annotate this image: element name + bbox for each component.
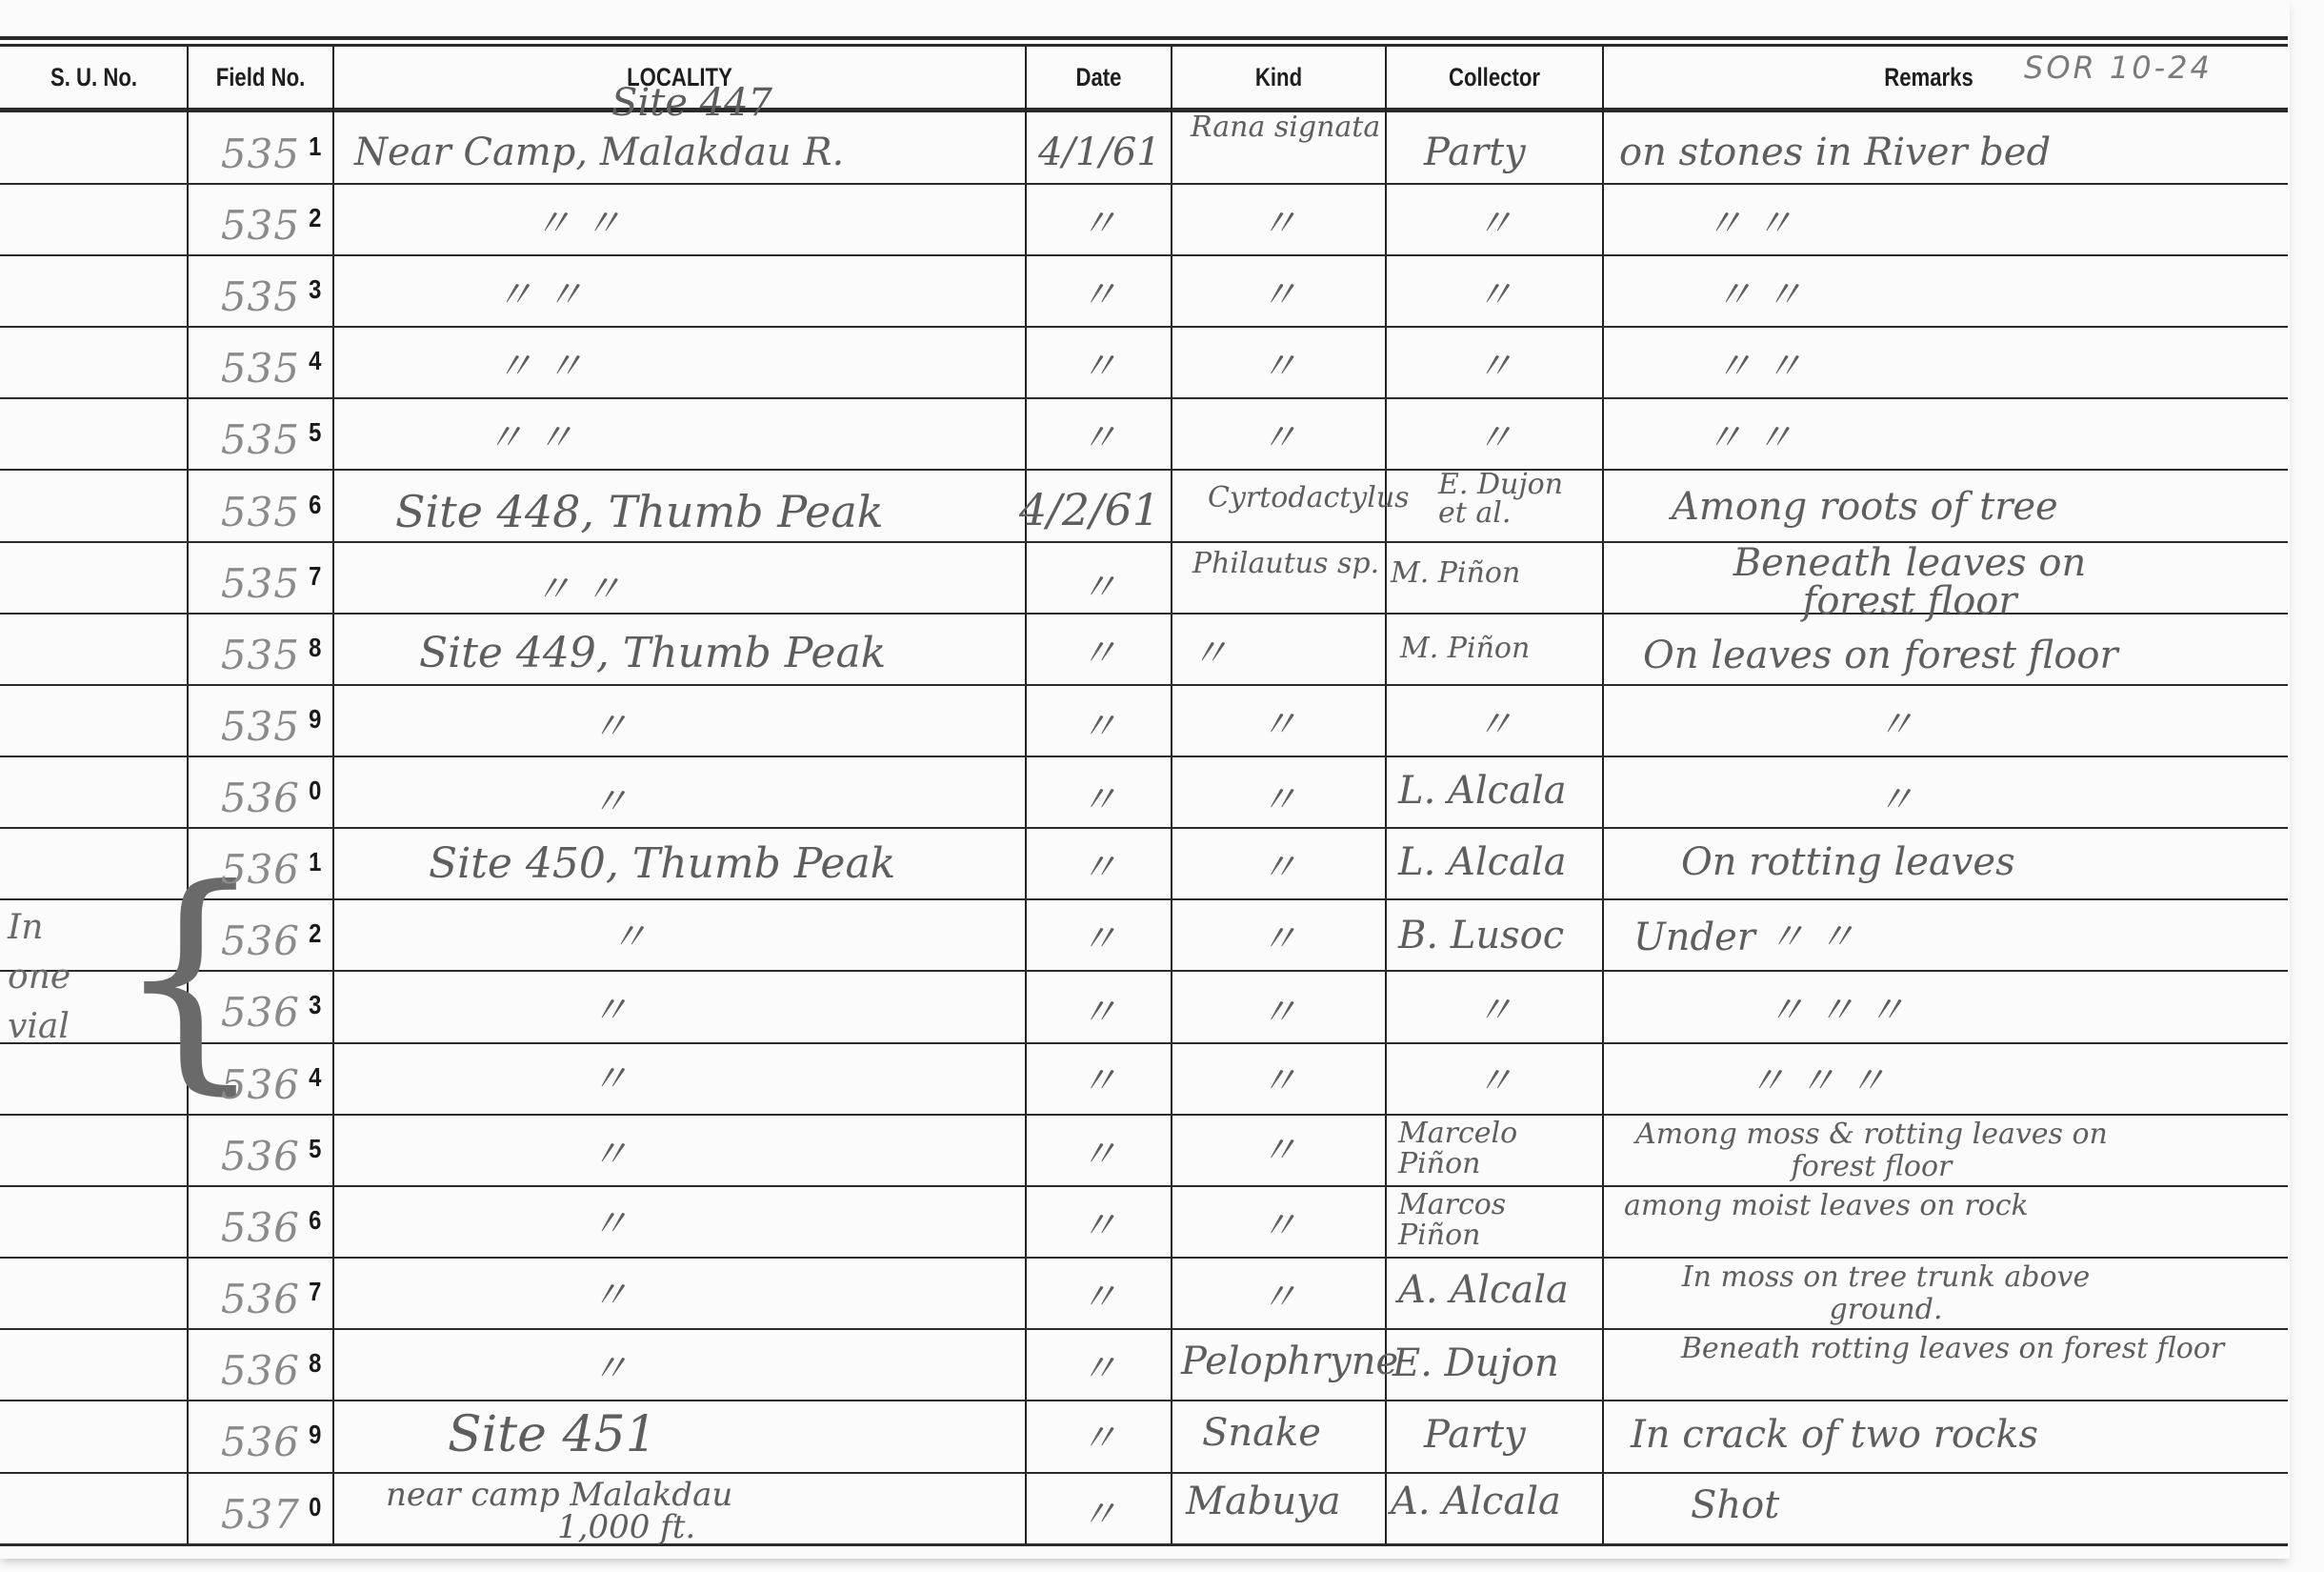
field-no-digit: 5 bbox=[310, 417, 322, 448]
date-cell: 〃 bbox=[1026, 1401, 1172, 1471]
field-no-prefix: 536 bbox=[221, 1419, 300, 1465]
field-no-digit: 7 bbox=[310, 561, 322, 592]
table-row: 535 4 〃 〃 〃 〃 〃 〃 〃 bbox=[0, 327, 2288, 397]
remarks-cell: Under 〃 〃 bbox=[1633, 899, 2205, 970]
remarks-cell: 〃 〃 〃 bbox=[1767, 971, 2148, 1041]
date-cell: 〃 bbox=[1026, 614, 1172, 684]
kind-cell: 〃 bbox=[1172, 899, 1386, 970]
locality-cell: 〃 bbox=[610, 899, 667, 970]
date-cell: 〃 bbox=[1026, 327, 1172, 397]
locality-cell: Site 447 Near Camp, Malakdau R. bbox=[354, 112, 1021, 183]
kind-cell: Rana signata bbox=[1181, 112, 1386, 183]
table-bottom-rule bbox=[0, 1543, 2288, 1546]
locality-cell: 〃 bbox=[591, 756, 648, 827]
collector-cell: 〃 bbox=[1386, 255, 1603, 326]
field-no-prefix: 537 bbox=[221, 1491, 300, 1538]
date-text: 〃 bbox=[1080, 1059, 1118, 1103]
field-no-digit: 2 bbox=[310, 918, 322, 949]
collector-text: E. Dujon bbox=[1392, 1344, 1559, 1382]
field-no-prefix: 536 bbox=[221, 1347, 300, 1394]
remarks-cell: 〃 bbox=[1876, 685, 1972, 756]
locality-cell: 〃 bbox=[591, 1329, 648, 1400]
date-cell: 4/1/61 bbox=[1038, 112, 1172, 183]
kind-cell: Snake bbox=[1202, 1401, 1383, 1471]
remarks-text: 〃 〃 〃 bbox=[1748, 1062, 1886, 1100]
collector-cell: 〃 bbox=[1386, 327, 1603, 397]
remarks-text: In moss on tree trunk above ground. bbox=[1648, 1261, 2124, 1326]
collector-text: Marcelo Piñon bbox=[1398, 1119, 1532, 1179]
date-text: 〃 bbox=[1080, 991, 1118, 1035]
kind-cell: 〃 bbox=[1172, 1115, 1386, 1185]
remarks-cell: On leaves on forest floor bbox=[1643, 614, 2291, 684]
field-no-cell: 535 1 bbox=[188, 112, 332, 183]
table-row: 535 7 〃 〃 〃 Philautus sp. M. Piñon Benea… bbox=[0, 542, 2288, 613]
remarks-cell: 〃 〃 bbox=[1705, 184, 2276, 254]
field-no-prefix: 536 bbox=[221, 1133, 300, 1179]
kind-text: 〃 bbox=[1260, 1276, 1298, 1320]
field-no-prefix: 535 bbox=[221, 345, 300, 392]
collector-text: 〃 bbox=[1475, 202, 1513, 246]
table-row: 536 5 〃 〃 〃 Marcelo Piñon Among moss & r… bbox=[0, 1115, 2288, 1185]
table-row: 536 6 〃 〃 〃 Marcos Piñon among moist lea… bbox=[0, 1186, 2288, 1257]
kind-text: 〃 bbox=[1260, 846, 1298, 890]
field-no-prefix: 536 bbox=[221, 775, 300, 821]
date-text: 〃 bbox=[1080, 778, 1118, 822]
locality-cell: 〃 〃 bbox=[533, 542, 1010, 613]
kind-cell: 〃 bbox=[1172, 1186, 1386, 1257]
remarks-cell: Shot bbox=[1691, 1473, 1976, 1543]
remarks-text: On rotting leaves bbox=[1681, 843, 2015, 881]
locality-cell: 〃 bbox=[591, 1258, 648, 1328]
field-no-cell: 535 8 bbox=[188, 614, 332, 684]
remarks-text: 〃 〃 bbox=[1705, 205, 1793, 243]
locality-text: 〃 bbox=[591, 1060, 629, 1098]
locality-text: 〃 〃 bbox=[486, 419, 574, 457]
collector-cell: 〃 bbox=[1386, 685, 1603, 756]
remarks-cell: 〃 〃 bbox=[1714, 327, 2286, 397]
collector-text: M. Piñon bbox=[1391, 559, 1520, 588]
date-cell: 〃 bbox=[1026, 255, 1172, 326]
field-no-digit: 9 bbox=[310, 1420, 322, 1450]
field-no-cell: 536 4 bbox=[188, 1043, 332, 1114]
kind-text: 〃 bbox=[1260, 1204, 1298, 1248]
remarks-cell: 〃 〃 〃 bbox=[1748, 1043, 2129, 1114]
remarks-cell: among moist leaves on rock bbox=[1624, 1186, 2157, 1257]
field-no-digit: 3 bbox=[310, 990, 322, 1020]
collector-cell: 〃 bbox=[1386, 971, 1603, 1041]
field-no-prefix: 535 bbox=[221, 632, 300, 678]
kind-text: 〃 bbox=[1260, 1059, 1298, 1103]
date-text: 〃 bbox=[1080, 1493, 1118, 1537]
collector-text: L. Alcala bbox=[1398, 843, 1567, 881]
remarks-cell: Among roots of tree bbox=[1672, 471, 2281, 541]
locality-text: 〃 〃 bbox=[495, 276, 584, 314]
collector-text: A. Alcala bbox=[1398, 1271, 1569, 1309]
collector-text: 〃 bbox=[1475, 1059, 1513, 1103]
remarks-text: Among roots of tree bbox=[1672, 488, 2058, 526]
locality-cell: 〃 〃 bbox=[533, 184, 1010, 254]
locality-cell: Site 448, Thumb Peak bbox=[395, 471, 1005, 541]
remarks-cell: In crack of two rocks bbox=[1631, 1401, 2278, 1471]
collector-text: 〃 bbox=[1475, 345, 1513, 389]
collector-cell: 〃 bbox=[1386, 1043, 1603, 1114]
remarks-text: 〃 〃 〃 bbox=[1767, 992, 1905, 1030]
locality-note: Site 447 bbox=[611, 84, 772, 122]
remarks-annotation: SOR 10-24 bbox=[2024, 50, 2213, 86]
field-no-cell: 535 6 bbox=[188, 471, 332, 541]
field-no-prefix: 536 bbox=[221, 989, 300, 1036]
locality-text: Site 450, Thumb Peak bbox=[429, 843, 895, 885]
date-text: 〃 bbox=[1080, 1347, 1118, 1391]
table-row: 536 8 〃 〃 Pelophryne E. Dujon Beneath ro… bbox=[0, 1329, 2288, 1400]
date-text: 〃 bbox=[1080, 917, 1118, 961]
remarks-text: 〃 〃 bbox=[1714, 276, 1803, 314]
kind-text: 〃 bbox=[1260, 1129, 1298, 1173]
date-cell: 〃 bbox=[1026, 971, 1172, 1041]
collector-cell: Party bbox=[1424, 1401, 1603, 1471]
remarks-text: 〃 bbox=[1876, 706, 1914, 744]
date-cell: 〃 bbox=[1026, 184, 1172, 254]
remarks-text: 〃 〃 bbox=[1705, 419, 1793, 457]
locality-text: Site 448, Thumb Peak bbox=[395, 490, 884, 534]
date-cell: 〃 bbox=[1026, 828, 1172, 898]
collector-text: 〃 bbox=[1475, 273, 1513, 317]
date-cell: 〃 bbox=[1026, 899, 1172, 970]
field-no-digit: 9 bbox=[310, 704, 322, 735]
field-no-cell: 535 3 bbox=[188, 255, 332, 326]
kind-text: 〃 bbox=[1260, 703, 1298, 747]
remarks-cell: On rotting leaves bbox=[1681, 828, 2253, 898]
table-row: 536 2 〃 〃 〃 B. Lusoc Under 〃 〃 bbox=[0, 899, 2288, 970]
collector-cell: E. Dujon et al. bbox=[1429, 471, 1610, 541]
kind-text: Rana signata bbox=[1191, 112, 1381, 143]
table-row: 536 7 〃 〃 〃 A. Alcala In moss on tree tr… bbox=[0, 1258, 2288, 1328]
locality-text: 〃 bbox=[591, 708, 629, 746]
date-text: 〃 bbox=[1080, 1276, 1118, 1320]
locality-cell: 〃 bbox=[591, 1115, 648, 1185]
kind-cell: Mabuya bbox=[1186, 1473, 1386, 1543]
kind-text: 〃 bbox=[1191, 635, 1229, 673]
field-no-digit: 6 bbox=[310, 490, 322, 520]
kind-cell: 〃 bbox=[1172, 184, 1386, 254]
locality-cell: near camp Malakdau 1,000 ft. bbox=[386, 1473, 1014, 1543]
locality-cell: 〃 〃 bbox=[486, 398, 981, 469]
kind-text: 〃 bbox=[1260, 778, 1298, 822]
date-text: 〃 bbox=[1080, 202, 1118, 246]
date-cell: 〃 bbox=[1026, 1186, 1172, 1257]
header-date: Date bbox=[1039, 47, 1158, 108]
field-no-prefix: 535 bbox=[221, 131, 300, 177]
collector-text: 〃 bbox=[1475, 416, 1513, 460]
kind-text: Snake bbox=[1202, 1414, 1321, 1452]
date-text: 〃 bbox=[1080, 705, 1118, 749]
table-row: 536 1 Site 450, Thumb Peak 〃 〃 L. Alcala… bbox=[0, 828, 2288, 898]
table-row: 536 4 〃 〃 〃 〃 〃 〃 〃 bbox=[0, 1043, 2288, 1114]
kind-cell: 〃 bbox=[1172, 398, 1386, 469]
kind-text: Philautus sp. bbox=[1191, 548, 1381, 580]
remarks-text: On leaves on forest floor bbox=[1643, 636, 2118, 675]
kind-cell: 〃 bbox=[1172, 756, 1386, 827]
locality-text: 〃 bbox=[610, 918, 648, 957]
remarks-text: 〃 〃 bbox=[1714, 348, 1803, 386]
date-cell: 〃 bbox=[1026, 1043, 1172, 1114]
field-no-cell: 536 7 bbox=[188, 1258, 332, 1328]
collector-text: 〃 bbox=[1475, 989, 1513, 1033]
locality-cell: Site 450, Thumb Peak bbox=[429, 828, 1019, 898]
field-no-prefix: 535 bbox=[221, 273, 300, 320]
table-row: 535 6 Site 448, Thumb Peak 4/2/61 Cyrtod… bbox=[0, 471, 2288, 541]
kind-cell: 〃 bbox=[1172, 327, 1386, 397]
locality-cell: Site 451 bbox=[448, 1401, 1019, 1471]
remarks-cell: 〃 bbox=[1876, 756, 1972, 827]
collector-cell: L. Alcala bbox=[1398, 828, 1603, 898]
field-no-cell: 535 7 bbox=[188, 542, 332, 613]
table-row: 537 0 near camp Malakdau 1,000 ft. 〃 Mab… bbox=[0, 1473, 2288, 1543]
field-no-digit: 0 bbox=[310, 1492, 322, 1522]
remarks-text: Among moss & rotting leaves on forest fl… bbox=[1624, 1119, 2119, 1183]
header-collector: Collector bbox=[1406, 47, 1584, 108]
locality-text: 〃 〃 bbox=[533, 571, 622, 609]
locality-text: 〃 bbox=[591, 1136, 629, 1174]
date-text: 〃 bbox=[1080, 846, 1118, 890]
collector-cell: L. Alcala bbox=[1398, 756, 1603, 827]
kind-cell: 〃 bbox=[1172, 255, 1386, 326]
table-row: 535 2 〃 〃 〃 〃 〃 〃 〃 bbox=[0, 184, 2288, 254]
collector-text: B. Lusoc bbox=[1398, 917, 1564, 955]
table-row: 536 9 Site 451 〃 Snake Party In crack of… bbox=[0, 1401, 2288, 1471]
field-no-cell: 536 2 bbox=[188, 899, 332, 970]
remarks-text: Beneath rotting leaves on forest floor bbox=[1638, 1333, 2267, 1365]
table-row: 536 3 〃 〃 〃 〃 〃 〃 〃 bbox=[0, 971, 2288, 1041]
field-no-prefix: 536 bbox=[221, 1276, 300, 1322]
kind-cell: 〃 bbox=[1172, 971, 1386, 1041]
field-no-digit: 6 bbox=[310, 1205, 322, 1236]
collector-text: Party bbox=[1424, 1416, 1526, 1454]
remarks-text: among moist leaves on rock bbox=[1624, 1190, 2119, 1222]
collector-cell: A. Alcala bbox=[1391, 1473, 1603, 1543]
field-no-prefix: 536 bbox=[221, 1204, 300, 1251]
field-no-cell: 536 8 bbox=[188, 1329, 332, 1400]
field-no-cell: 536 6 bbox=[188, 1186, 332, 1257]
locality-cell: 〃 〃 bbox=[495, 255, 991, 326]
kind-cell: Cyrtodactylus bbox=[1208, 471, 1398, 541]
remarks-cell: Among moss & rotting leaves on forest fl… bbox=[1624, 1115, 2157, 1185]
field-no-digit: 8 bbox=[310, 1348, 322, 1379]
date-text: 4/2/61 bbox=[1019, 488, 1160, 532]
date-text: 〃 bbox=[1080, 566, 1118, 610]
locality-text: near camp Malakdau bbox=[386, 1479, 732, 1511]
field-no-prefix: 536 bbox=[221, 917, 300, 964]
collector-cell: M. Piñon bbox=[1400, 614, 1605, 684]
header-field-no: Field No. bbox=[201, 47, 320, 108]
collector-text: M. Piñon bbox=[1400, 635, 1530, 663]
locality-text: 〃 bbox=[591, 1205, 629, 1243]
date-text: 〃 bbox=[1080, 273, 1118, 317]
kind-text: 〃 bbox=[1260, 273, 1298, 317]
header-remarks: Remarks bbox=[1832, 47, 2027, 108]
date-cell: 〃 bbox=[1026, 398, 1172, 469]
date-text: 〃 bbox=[1080, 632, 1118, 675]
table-row: 535 5 〃 〃 〃 〃 〃 〃 〃 bbox=[0, 398, 2288, 469]
locality-text: Site 451 bbox=[448, 1410, 657, 1460]
collector-cell: A. Alcala bbox=[1398, 1258, 1603, 1328]
locality-cell: 〃 〃 bbox=[495, 327, 991, 397]
date-text: 〃 bbox=[1080, 345, 1118, 389]
field-no-digit: 1 bbox=[310, 847, 322, 877]
field-no-digit: 8 bbox=[310, 633, 322, 663]
field-no-cell: 536 3 bbox=[188, 971, 332, 1041]
remarks-text: on stones in River bed bbox=[1619, 133, 2051, 171]
locality-cell: 〃 bbox=[591, 1043, 648, 1114]
remarks-text: Shot bbox=[1691, 1486, 1779, 1524]
field-no-cell: 536 0 bbox=[188, 756, 332, 827]
kind-text: 〃 bbox=[1260, 991, 1298, 1035]
field-no-cell: 535 9 bbox=[188, 685, 332, 756]
date-cell: 〃 bbox=[1026, 1258, 1172, 1328]
collector-cell: Party bbox=[1424, 112, 1603, 183]
remarks-text: Beneath leaves on forest floor bbox=[1681, 544, 2138, 620]
remarks-cell: 〃 〃 bbox=[1714, 255, 2286, 326]
field-no-digit: 2 bbox=[310, 203, 322, 233]
collector-text: Marcos Piñon bbox=[1398, 1190, 1532, 1251]
locality-text: Site 449, Thumb Peak bbox=[419, 633, 886, 675]
date-cell: 〃 bbox=[1026, 542, 1172, 613]
collector-text: E. Dujon et al. bbox=[1438, 471, 1572, 528]
collector-text: Party bbox=[1424, 133, 1526, 171]
kind-cell: Pelophryne bbox=[1181, 1329, 1386, 1400]
field-no-cell: 537 0 bbox=[188, 1473, 332, 1543]
field-no-digit: 7 bbox=[310, 1277, 322, 1307]
remarks-cell: Beneath rotting leaves on forest floor bbox=[1638, 1329, 2267, 1400]
table-row: 535 9 〃 〃 〃 〃 〃 bbox=[0, 685, 2288, 756]
locality-text: 〃 bbox=[591, 992, 629, 1030]
date-text: 4/1/61 bbox=[1038, 133, 1161, 171]
table-row: 535 3 〃 〃 〃 〃 〃 〃 〃 bbox=[0, 255, 2288, 326]
ledger-page: S. U. No. Field No. LOCALITY Date Kind C… bbox=[0, 0, 2290, 1559]
date-cell: 〃 bbox=[1026, 756, 1172, 827]
field-no-cell: 535 4 bbox=[188, 327, 332, 397]
locality-cell: 〃 bbox=[591, 685, 648, 756]
field-no-prefix: 535 bbox=[221, 202, 300, 249]
kind-text: Cyrtodactylus bbox=[1208, 484, 1410, 513]
collector-cell: B. Lusoc bbox=[1398, 899, 1603, 970]
field-no-digit: 4 bbox=[310, 346, 322, 376]
locality-text: Near Camp, Malakdau R. bbox=[354, 133, 844, 171]
date-cell: 〃 bbox=[1026, 685, 1172, 756]
field-no-prefix: 536 bbox=[221, 846, 300, 893]
locality-text: 〃 bbox=[591, 783, 629, 821]
header-kind: Kind bbox=[1191, 47, 1367, 108]
field-no-prefix: 535 bbox=[221, 489, 300, 535]
field-no-digit: 3 bbox=[310, 274, 322, 305]
remarks-text: Under 〃 〃 bbox=[1633, 918, 1855, 957]
collector-text: A. Alcala bbox=[1391, 1482, 1561, 1521]
kind-cell: 〃 bbox=[1172, 1258, 1386, 1328]
date-cell: 〃 bbox=[1026, 1473, 1172, 1543]
locality-text: 〃 〃 bbox=[495, 348, 584, 386]
kind-cell: 〃 bbox=[1172, 828, 1386, 898]
kind-cell: 〃 bbox=[1172, 685, 1386, 756]
locality-text: 〃 bbox=[591, 1277, 629, 1315]
kind-text: 〃 bbox=[1260, 416, 1298, 460]
collector-cell: E. Dujon bbox=[1392, 1329, 1602, 1400]
remarks-text: In crack of two rocks bbox=[1631, 1416, 2038, 1454]
field-no-prefix: 535 bbox=[221, 416, 300, 463]
remarks-cell: In moss on tree trunk above ground. bbox=[1648, 1258, 2181, 1328]
field-no-digit: 1 bbox=[310, 131, 322, 162]
date-text: 〃 bbox=[1080, 1133, 1118, 1177]
remarks-cell: 〃 〃 bbox=[1705, 398, 2276, 469]
collector-text: L. Alcala bbox=[1398, 772, 1567, 810]
remarks-text: 〃 bbox=[1876, 781, 1914, 819]
table-row: 535 1 Site 447 Near Camp, Malakdau R. 4/… bbox=[0, 112, 2288, 183]
field-no-cell: 536 9 bbox=[188, 1401, 332, 1471]
collector-cell: Marcos Piñon bbox=[1398, 1186, 1603, 1257]
collector-cell: Marcelo Piñon bbox=[1398, 1115, 1603, 1185]
header-su-no: S. U. No. bbox=[17, 47, 171, 108]
field-no-cell: 536 1 bbox=[188, 828, 332, 898]
kind-text: Mabuya bbox=[1186, 1482, 1341, 1521]
table-row: 536 0 〃 〃 〃 L. Alcala 〃 bbox=[0, 756, 2288, 827]
date-cell: 〃 bbox=[1026, 1115, 1172, 1185]
field-no-cell: 535 2 bbox=[188, 184, 332, 254]
collector-cell: 〃 bbox=[1386, 398, 1603, 469]
kind-cell: 〃 bbox=[1172, 1043, 1386, 1114]
kind-cell: Philautus sp. bbox=[1191, 542, 1386, 613]
locality-cell: Site 449, Thumb Peak bbox=[419, 614, 1010, 684]
date-text: 〃 bbox=[1080, 416, 1118, 460]
locality-cell: 〃 bbox=[591, 971, 648, 1041]
field-no-cell: 535 5 bbox=[188, 398, 332, 469]
kind-text: 〃 bbox=[1260, 345, 1298, 389]
locality-text: 〃 bbox=[591, 1350, 629, 1388]
remarks-cell: on stones in River bed bbox=[1619, 112, 2286, 183]
remarks-cell: Beneath leaves on forest floor bbox=[1681, 542, 2138, 613]
date-cell: 〃 bbox=[1026, 1329, 1172, 1400]
kind-text: Pelophryne bbox=[1181, 1342, 1398, 1381]
field-no-digit: 0 bbox=[310, 776, 322, 806]
kind-text: 〃 bbox=[1260, 917, 1298, 961]
locality-text: 〃 〃 bbox=[533, 205, 622, 243]
date-text: 〃 bbox=[1080, 1204, 1118, 1248]
locality-cell: 〃 bbox=[591, 1186, 648, 1257]
field-no-digit: 5 bbox=[310, 1134, 322, 1164]
locality-elevation-text: 1,000 ft. bbox=[557, 1511, 695, 1543]
top-double-rule-upper bbox=[0, 36, 2288, 40]
collector-cell: 〃 bbox=[1386, 184, 1603, 254]
date-cell: 4/2/61 bbox=[1019, 471, 1172, 541]
kind-cell: 〃 bbox=[1191, 614, 1386, 684]
collector-text: 〃 bbox=[1475, 703, 1513, 747]
table-row: 535 8 Site 449, Thumb Peak 〃 〃 M. Piñon … bbox=[0, 614, 2288, 684]
field-no-prefix: 536 bbox=[221, 1061, 300, 1108]
collector-cell: M. Piñon bbox=[1391, 542, 1605, 613]
kind-text: 〃 bbox=[1260, 202, 1298, 246]
field-no-cell: 536 5 bbox=[188, 1115, 332, 1185]
field-no-digit: 4 bbox=[310, 1062, 322, 1093]
field-no-prefix: 535 bbox=[221, 560, 300, 607]
field-no-prefix: 535 bbox=[221, 703, 300, 750]
date-text: 〃 bbox=[1080, 1417, 1118, 1461]
